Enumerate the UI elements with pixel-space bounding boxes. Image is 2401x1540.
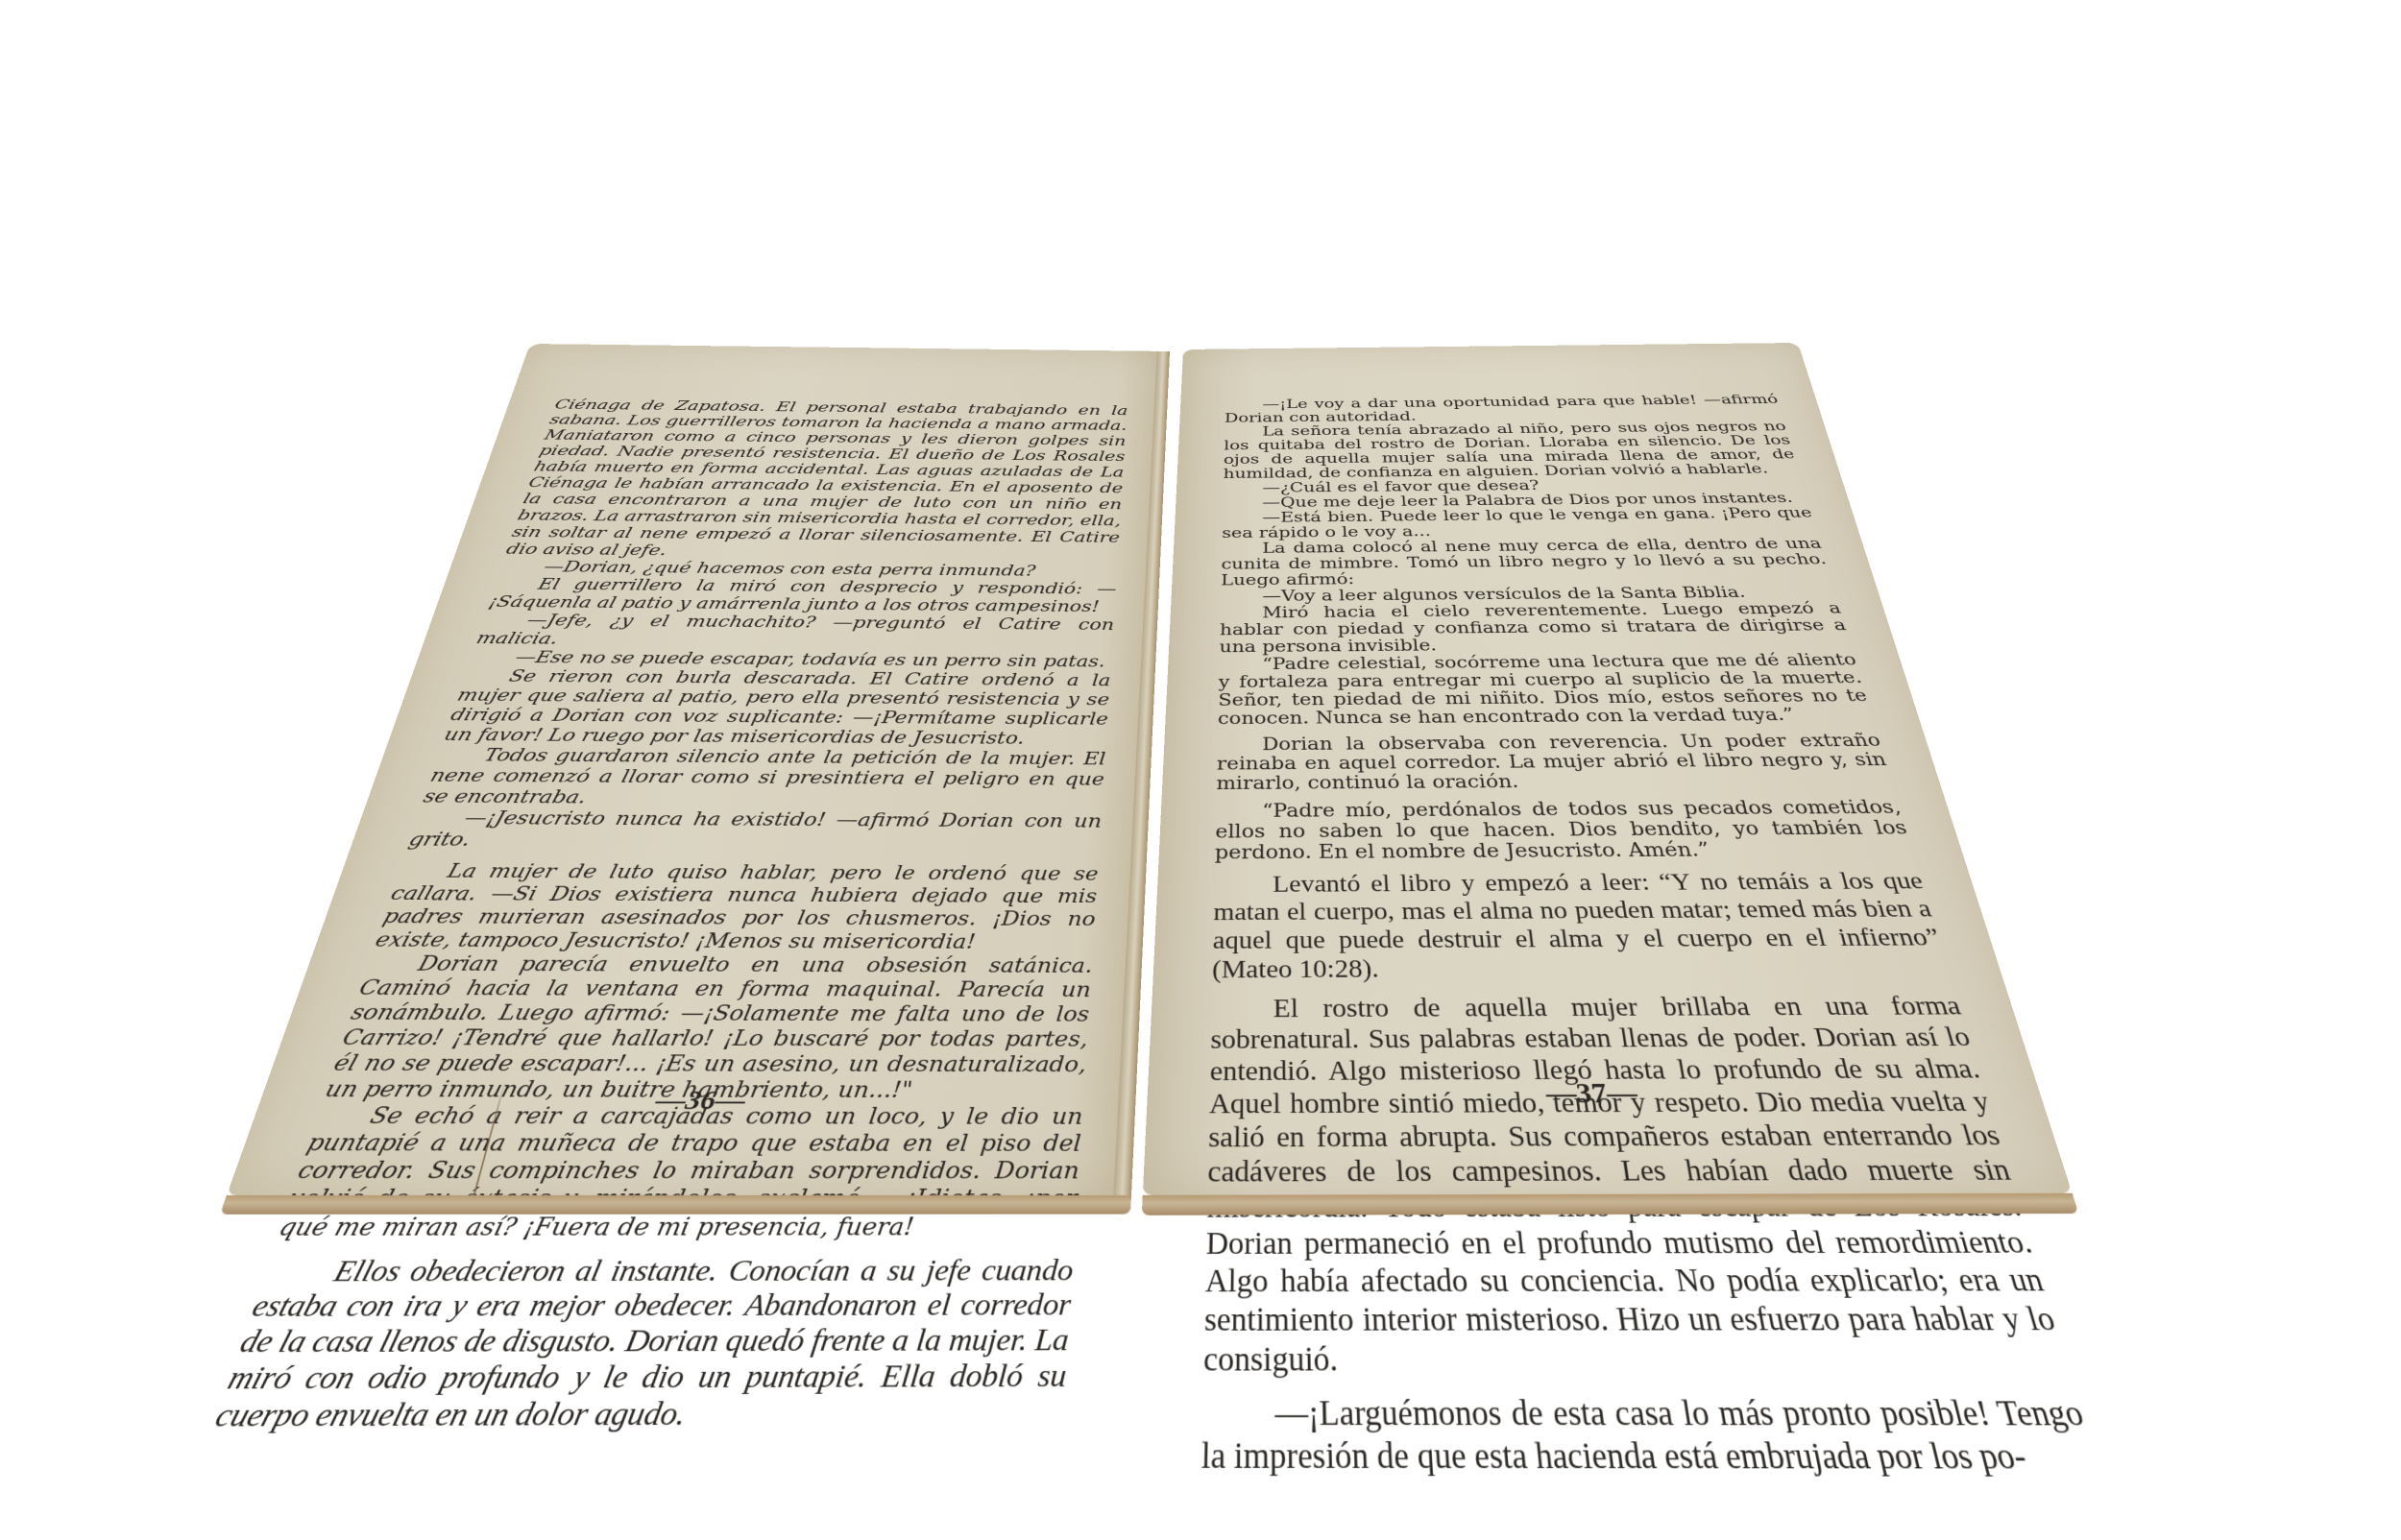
paragraph: —¡Larguémonos de esta casa lo más pronto… xyxy=(1200,1394,2101,1480)
paragraph: Ellos obedecieron al instante. Conocían … xyxy=(210,1254,1074,1434)
right-page: —¡Le voy a dar una oportunidad para que … xyxy=(1143,343,2073,1195)
paragraph: Dorian la observaba con reverencia. Un p… xyxy=(1216,731,1895,793)
left-page-sheet: Ciénaga de Zapatosa. El personal estaba … xyxy=(227,344,1170,1195)
left-page-text: Ciénaga de Zapatosa. El personal estaba … xyxy=(210,397,1128,1435)
paragraph: “Padre mío, perdónalos de todos sus peca… xyxy=(1215,797,1916,863)
paragraph: Ciénaga de Zapatosa. El personal estaba … xyxy=(504,397,1128,564)
paragraph: —¡Jesucristo nunca ha existido! —afirmó … xyxy=(406,807,1103,854)
paragraph: El guerrillero la miró con desprecio y r… xyxy=(486,575,1117,616)
paragraph: La señora tenía abrazado al niño, pero s… xyxy=(1223,420,1800,481)
page-edge xyxy=(1142,1193,2079,1215)
page-edge xyxy=(220,1195,1131,1215)
paragraph: Se rieron con burla descarada. El Catire… xyxy=(441,666,1111,749)
paragraph: Miró hacia el cielo reverentemente. Lueg… xyxy=(1219,600,1853,656)
paragraph: La dama colocó al nene muy cerca de ella… xyxy=(1221,536,1833,589)
paragraph: “Padre celestial, socórreme una lectura … xyxy=(1218,651,1876,728)
paragraph: El rostro de aquella mujer brillaba en u… xyxy=(1203,992,2073,1382)
right-page-sheet: —¡Le voy a dar una oportunidad para que … xyxy=(1143,343,2073,1195)
paragraph: Dorian parecía envuelto en una obsesión … xyxy=(322,952,1093,1104)
left-page: Ciénaga de Zapatosa. El personal estaba … xyxy=(227,344,1170,1195)
page-number: —36— xyxy=(255,1085,1136,1117)
paragraph: Todos guardaron silencio ante la petició… xyxy=(421,745,1106,811)
paragraph: La mujer de luto quiso hablar, pero le o… xyxy=(372,860,1099,954)
right-page-text: —¡Le voy a dar una oportunidad para que … xyxy=(1200,393,2101,1480)
page-number: —37— xyxy=(1147,1076,2045,1111)
paragraph: Se echó a reir a carcajadas como un loco… xyxy=(275,1103,1083,1242)
paragraph: Levantó el libro y empezó a leer: “Y no … xyxy=(1212,868,1952,985)
paragraph: —Jefe, ¿y el muchachito? —preguntó el Ca… xyxy=(473,611,1114,652)
